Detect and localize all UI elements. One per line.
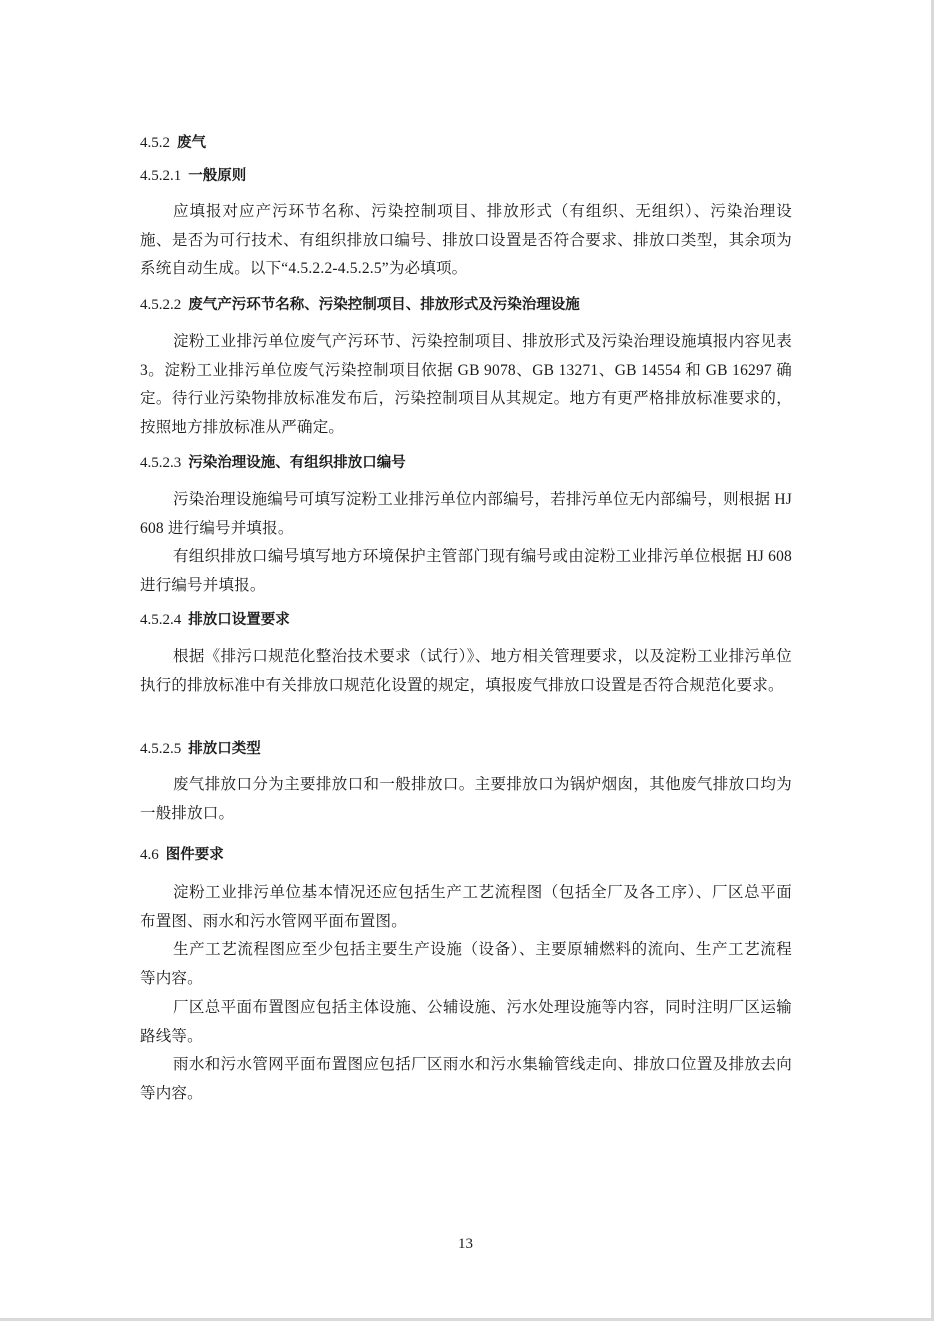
section-title: 排放口类型 [188,741,261,757]
section-heading-4-6: 4.6图件要求 [140,845,224,865]
section-title: 废气产污环节名称、污染控制项目、排放形式及污染治理设施 [188,297,580,313]
document-page: 4.5.2废气 4.5.2.1一般原则 应填报对应产污环节名称、污染控制项目、排… [0,0,931,1318]
section-title: 排放口设置要求 [188,612,290,628]
page-number: 13 [0,1236,931,1253]
paragraph-outlet-types: 废气排放口分为主要排放口和一般排放口。主要排放口为锅炉烟囱，其他废气排放口均为一… [140,771,792,828]
section-heading-4-5-2-5: 4.5.2.5排放口类型 [140,739,261,759]
paragraph-basic-drawings: 淀粉工业排污单位基本情况还应包括生产工艺流程图（包括全厂及各工序）、厂区总平面布… [140,879,792,936]
section-title: 图件要求 [166,847,224,863]
paragraph-outlet-requirements: 根据《排污口规范化整治技术要求（试行）》、地方相关管理要求，以及淀粉工业排污单位… [140,643,792,700]
section-title: 污染治理设施、有组织排放口编号 [188,455,406,471]
paragraph-outlet-numbering: 有组织排放口编号填写地方环境保护主管部门现有编号或由淀粉工业排污单位根据 HJ … [140,543,792,600]
section-heading-4-5-2-4: 4.5.2.4排放口设置要求 [140,610,290,630]
section-heading-4-5-2-1: 4.5.2.1一般原则 [140,166,246,186]
section-number: 4.5.2.3 [140,455,181,471]
paragraph-general-principles: 应填报对应产污环节名称、污染控制项目、排放形式（有组织、无组织）、污染治理设施、… [140,198,792,284]
section-heading-4-5-2: 4.5.2废气 [140,133,206,153]
section-number: 4.6 [140,847,159,863]
section-heading-4-5-2-2: 4.5.2.2废气产污环节名称、污染控制项目、排放形式及污染治理设施 [140,295,580,315]
section-number: 4.5.2.2 [140,297,181,313]
section-number: 4.5.2.4 [140,612,181,628]
paragraph-process-flow: 生产工艺流程图应至少包括主要生产设施（设备）、主要原辅燃料的流向、生产工艺流程等… [140,936,792,993]
section-title: 废气 [177,135,206,151]
paragraph-site-layout: 厂区总平面布置图应包括主体设施、公辅设施、污水处理设施等内容，同时注明厂区运输路… [140,994,792,1051]
section-number: 4.5.2.5 [140,741,181,757]
section-number: 4.5.2.1 [140,168,181,184]
section-heading-4-5-2-3: 4.5.2.3污染治理设施、有组织排放口编号 [140,453,406,473]
section-title: 一般原则 [188,168,246,184]
paragraph-facility-numbering: 污染治理设施编号可填写淀粉工业排污单位内部编号，若排污单位无内部编号，则根据 H… [140,486,792,543]
paragraph-exhaust-sources: 淀粉工业排污单位废气产污环节、污染控制项目、排放形式及污染治理设施填报内容见表 … [140,328,792,442]
paragraph-pipe-network: 雨水和污水管网平面布置图应包括厂区雨水和污水集输管线走向、排放口位置及排放去向等… [140,1051,792,1108]
section-number: 4.5.2 [140,135,170,151]
